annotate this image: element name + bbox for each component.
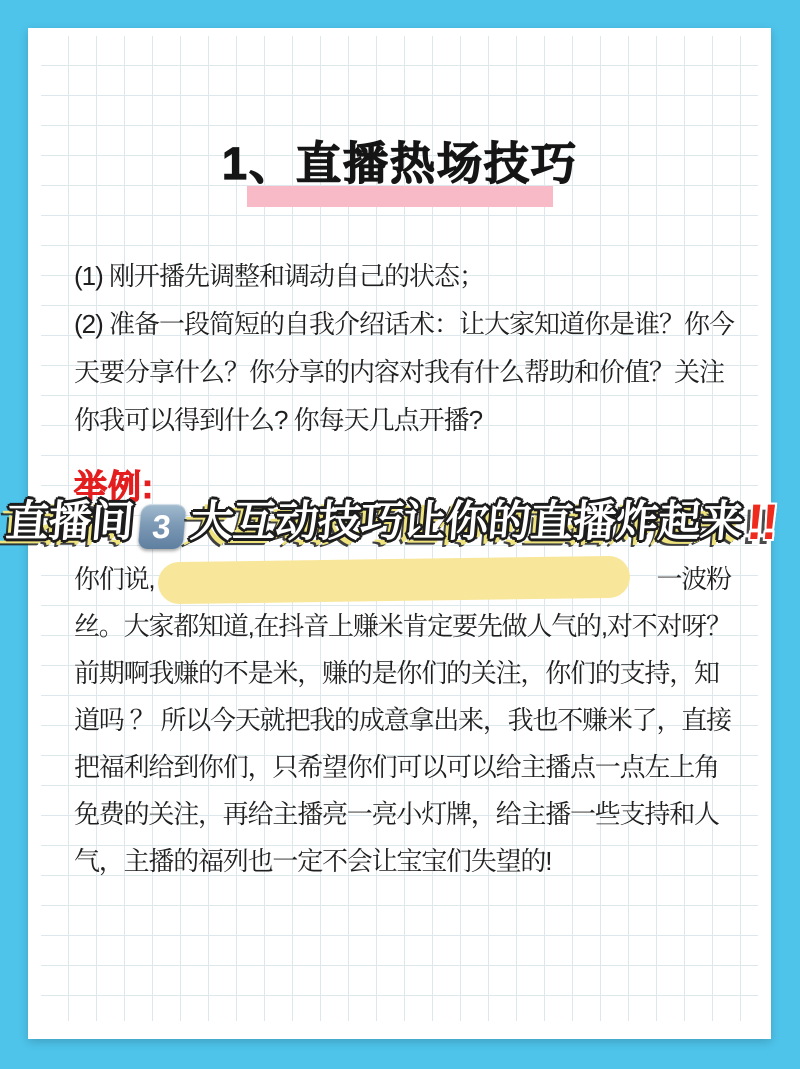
tip-line-4: 你我可以得到什么? 你每天几点开播?	[74, 396, 739, 444]
tip-line-3: 天要分享什么？你分享的内容对我有什么帮助和价值？关注	[74, 348, 739, 396]
paragraph-line-3: 前期啊我赚的不是米，赚的是你们的关注，你们的支持，知	[74, 650, 744, 697]
banner-prefix: 直播间	[4, 501, 135, 544]
banner-suffix: 大互动技巧让你的直播炸起来	[189, 501, 745, 544]
overlay-banner: 直播间 3 大互动技巧让你的直播炸起来 !!	[3, 489, 779, 555]
paragraph-line-redacted: 你们说, 一波粉	[74, 556, 744, 603]
tip-line-2: (2) 准备一段简短的自我介绍话术：让大家知道你是谁？你今	[74, 300, 739, 348]
paragraph-line-7: 气，主播的福列也一定不会让宝宝们失望的!	[74, 838, 744, 885]
paragraph-line-6: 免费的关注，再给主播亮一亮小灯牌，给主播一些支持和人	[74, 791, 744, 838]
script-paragraph: 你们说, 一波粉 丝。大家都知道,在抖音上赚米肯定要先做人气的,对不对呀？ 前期…	[74, 556, 744, 885]
keycap-3-icon: 3	[137, 504, 186, 549]
paragraph-line-4: 道吗 ？ 所以今天就把我的成意拿出来，我也不赚米了，直接	[74, 697, 744, 744]
paragraph-line-5: 把福利给到你们，只希望你们可以可以给主播点一点左上角	[74, 744, 744, 791]
tips-block: (1) 刚开播先调整和调动自己的状态； (2) 准备一段简短的自我介绍话术：让大…	[74, 252, 739, 444]
paragraph-tail: 一波粉	[656, 556, 730, 603]
tip-line-1: (1) 刚开播先调整和调动自己的状态；	[74, 252, 739, 300]
page-title: 1、直播热场技巧	[0, 127, 800, 192]
paragraph-lead: 你们说,	[74, 556, 154, 603]
poster: 1、直播热场技巧 (1) 刚开播先调整和调动自己的状态； (2) 准备一段简短的…	[0, 0, 800, 1069]
paragraph-line-2: 丝。大家都知道,在抖音上赚米肯定要先做人气的,对不对呀？	[74, 603, 744, 650]
double-exclamation-icon: !!	[745, 497, 779, 547]
yellow-redaction-bar	[158, 555, 631, 604]
